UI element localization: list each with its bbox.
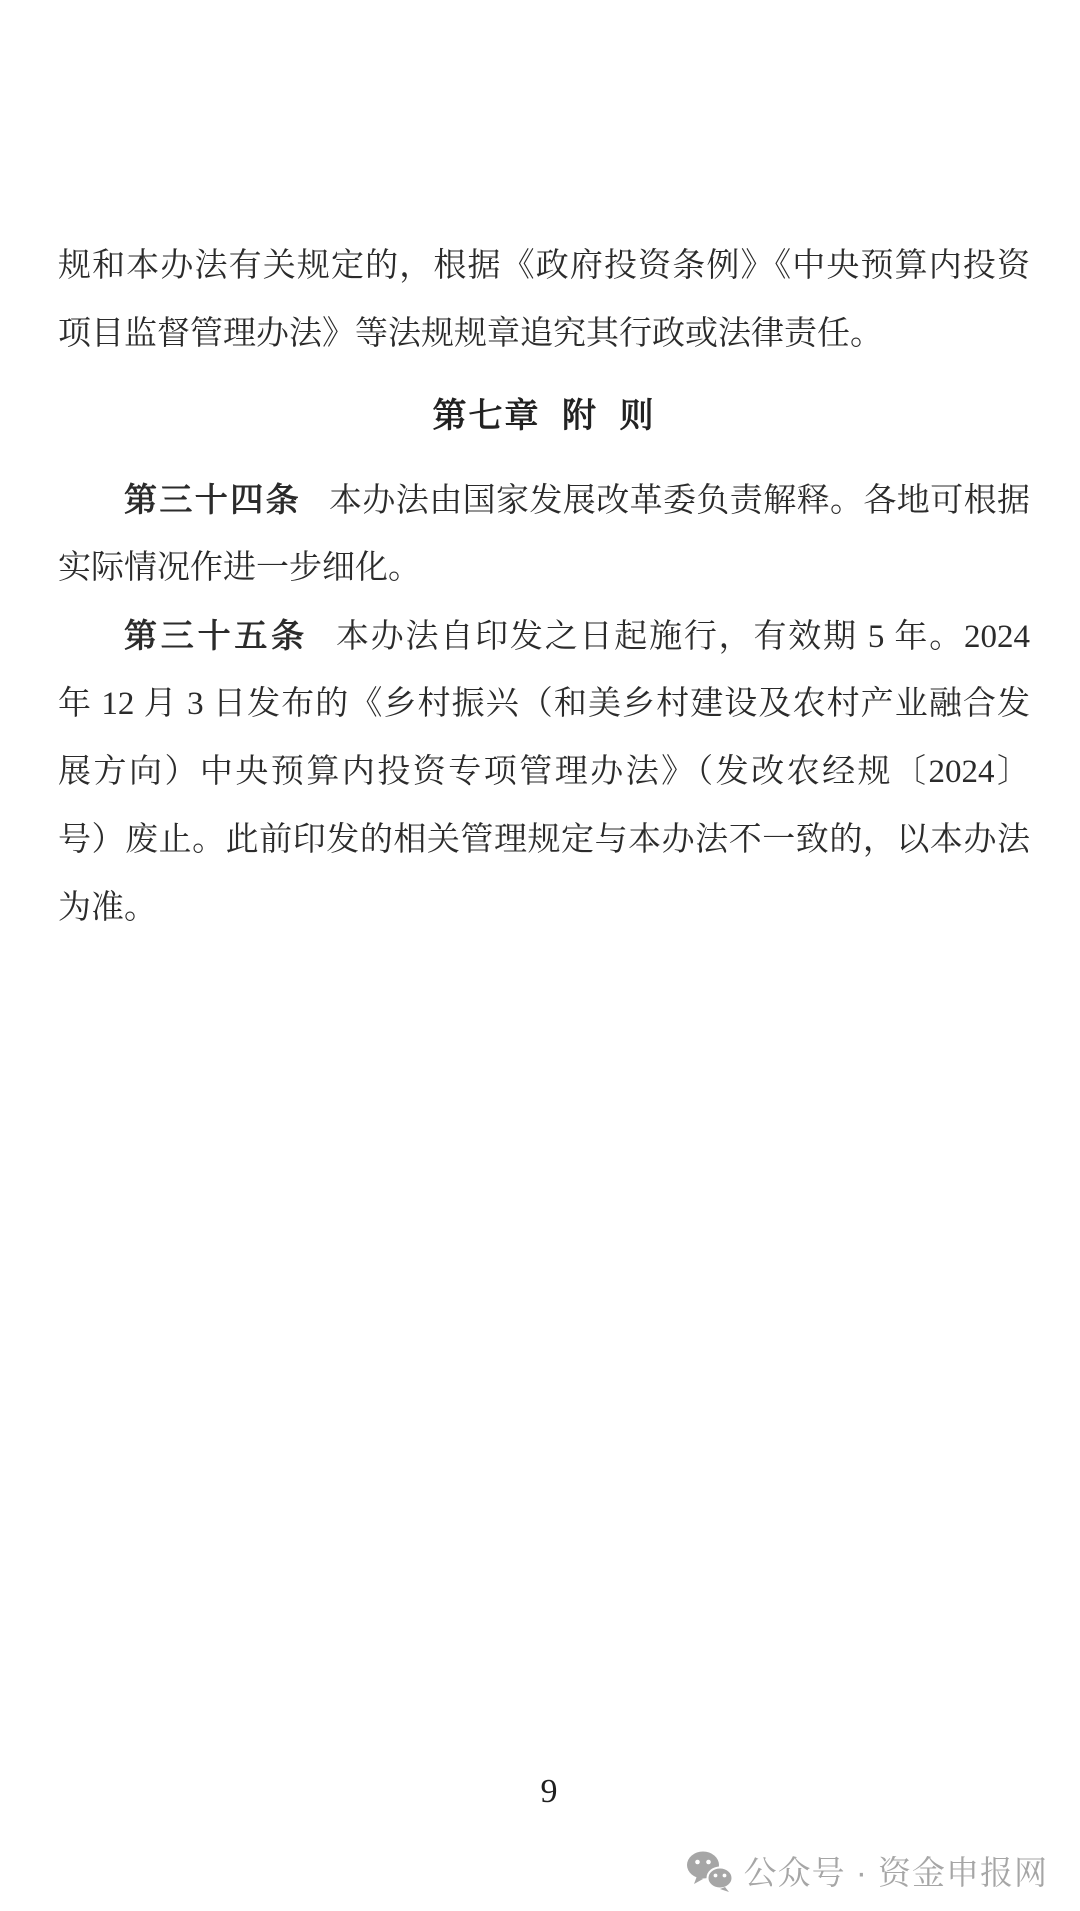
body-line: 号）废止。此前印发的相关管理规定与本办法不一致的，以本办法 <box>58 806 1030 874</box>
body-line: 第三十五条本办法自印发之日起施行，有效期 5 年。2024 <box>58 602 1030 670</box>
body-line: 实际情况作进一步细化。 <box>58 534 1030 602</box>
article-text: 本办法自印发之日起施行，有效期 5 年。2024 <box>336 619 1030 655</box>
body-line: 规和本办法有关规定的，根据《政府投资条例》《中央预算内投资 <box>58 232 1030 300</box>
document-page: 规和本办法有关规定的，根据《政府投资条例》《中央预算内投资 项目监督管理办法》等… <box>0 0 1080 1911</box>
wechat-icon <box>686 1850 734 1892</box>
document-body: 规和本办法有关规定的，根据《政府投资条例》《中央预算内投资 项目监督管理办法》等… <box>58 232 1030 942</box>
article-number: 第三十四条 <box>124 481 301 518</box>
article-text: 本办法由国家发展改革委负责解释。各地可根据 <box>329 483 1030 519</box>
watermark: 公众号 · 资金申报网 <box>686 1847 1048 1894</box>
body-line: 年 12 月 3 日发布的《乡村振兴（和美乡村建设及农村产业融合发 <box>58 670 1030 738</box>
body-line: 项目监督管理办法》等法规规章追究其行政或法律责任。 <box>58 300 1030 368</box>
body-line: 展方向）中央预算内投资专项管理办法》（发改农经规〔2024〕1723 <box>58 738 1030 806</box>
watermark-text: 公众号 · 资金申报网 <box>744 1847 1048 1894</box>
chapter-heading: 第七章 附 则 <box>58 382 1030 450</box>
article-number: 第三十五条 <box>124 617 308 654</box>
body-line: 第三十四条本办法由国家发展改革委负责解释。各地可根据 <box>58 466 1030 534</box>
body-line: 为准。 <box>58 874 1030 942</box>
page-number: 9 <box>0 1768 1080 1816</box>
